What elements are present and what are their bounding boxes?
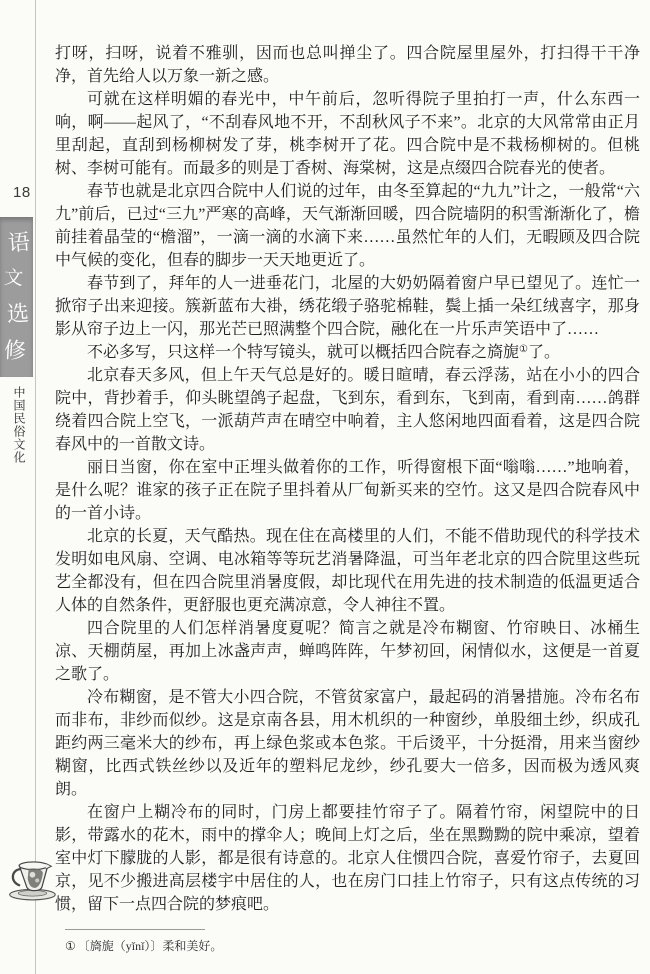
paragraph: 北京春天多风，但上午天气总是好的。暖日暄晴，春云浮荡，站在小小的四合院中，背抄着… [55,364,640,456]
footnote-rule [65,929,205,930]
paragraph: 北京的长夏，天气酷热。现在住在高楼里的人们，不能不借助现代的科学技术发明如电风扇… [55,525,640,617]
paragraph: 丽日当窗，你在室中正埋头做着你的工作，听得窗根下面“嗡嗡……”地响着，是什么呢？… [55,456,640,525]
ink-teapot-illustration [4,857,59,902]
paragraph: 四合院里的人们怎样消暑度夏呢？简言之就是冷布糊窗、竹帘映日、冰桶生凉、天棚荫屋，… [55,617,640,686]
subseries-title: 中国民俗文化 [11,386,28,464]
series-title-char: 修 [4,339,27,362]
series-title-char: 文 [3,268,23,288]
footnote-ref: ① [519,344,528,355]
page-number: 18 [13,184,31,201]
article-body: 打呀，扫呀，说着不雅驯，因而也总叫掸尘了。四合院屋里屋外，打扫得干干净净，首先给… [55,42,640,916]
series-title-block: 语文选修 [0,217,33,377]
paragraph: 在窗户上糊冷布的同时，门房上都要挂竹帘子了。隔着竹帘，闲望院中的日影，带露水的花… [55,801,640,916]
paragraph: 可就在这样明媚的春光中，中午前后，忽听得院子里拍打一声，什么东西一响，啊——起风… [55,88,640,180]
paragraph: 打呀，扫呀，说着不雅驯，因而也总叫掸尘了。四合院屋里屋外，打扫得干干净净，首先给… [55,42,640,88]
footnote-marker: ① [65,939,76,953]
series-title-char: 语 [8,231,32,255]
paragraph: 不必多写，只这样一个特写镜头，就可以概括四合院春之旖旎①了。 [55,341,640,364]
footnote-text: 〔旖旎（yǐnǐ）〕柔和美好。 [78,939,223,953]
series-title-char: 选 [7,302,30,325]
textbook-page: 18 语文选修 中国民俗文化 打呀，扫呀，说着不雅驯，因而也总叫掸尘了。四合院屋… [0,0,650,974]
paragraph: 春节也就是北京四合院中人们说的过年，由冬至算起的“九九”计之，一般常“六九”前后… [55,180,640,272]
footnote: ①〔旖旎（yǐnǐ）〕柔和美好。 [65,938,640,955]
gutter-rule [35,0,36,974]
paragraph: 春节到了，拜年的人一进垂花门，北屋的大奶奶隔着窗户早已望见了。连忙一掀帘子出来迎… [55,272,640,341]
article-column: 打呀，扫呀，说着不雅驯，因而也总叫掸尘了。四合院屋里屋外，打扫得干干净净，首先给… [55,42,640,955]
paragraph: 冷布糊窗，是不管大小四合院，不管贫家富户，最起码的消暑措施。冷布名布而非布，非纱… [55,686,640,801]
